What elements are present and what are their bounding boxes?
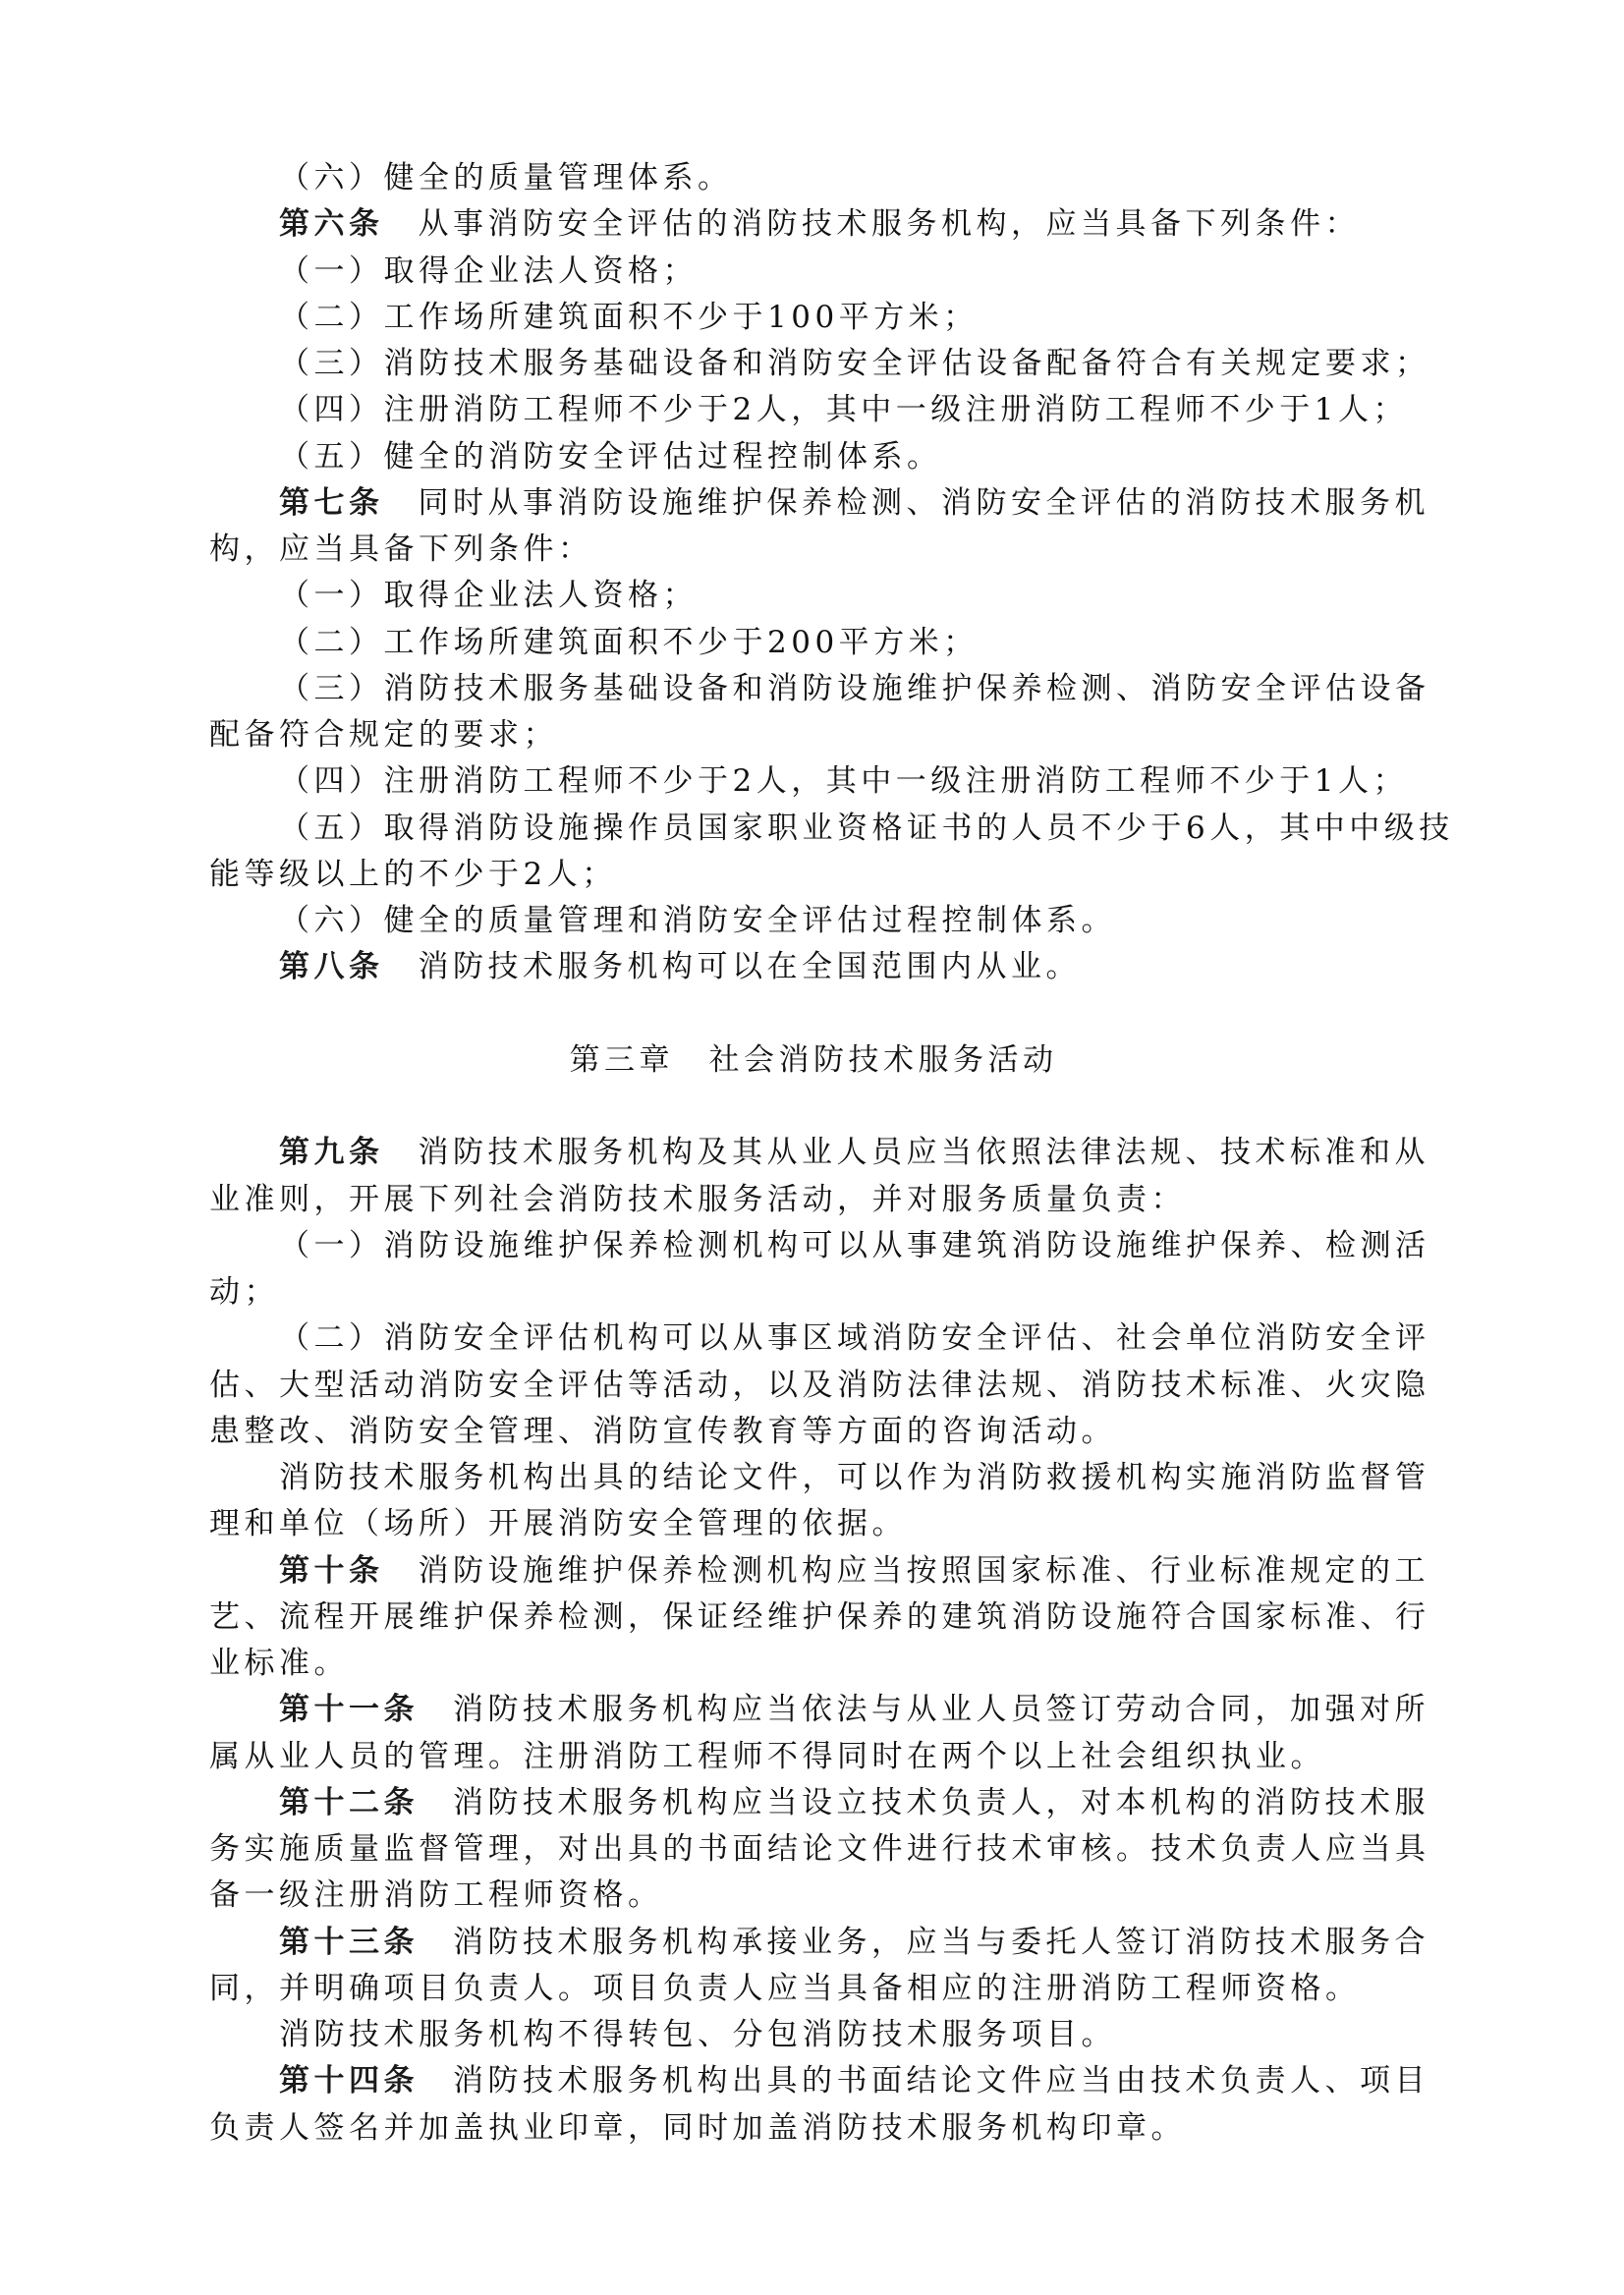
text-line: 备一级注册消防工程师资格。: [209, 1873, 1437, 1919]
article-label: 第九条: [279, 1135, 384, 1170]
article-label: 第七条: [279, 485, 384, 521]
text-line: 构，应当具备下列条件：: [209, 527, 1437, 573]
article-text: 消防技术服务机构可以在全国范围内从业。: [419, 949, 1082, 984]
article-text: 同时从事消防设施维护保养检测、消防安全评估的消防技术服务机: [419, 485, 1430, 521]
list-item: （六）健全的质量管理体系。: [209, 155, 1437, 201]
list-item: （二）工作场所建筑面积不少于100平方米；: [209, 295, 1437, 341]
list-item: （三）消防技术服务基础设备和消防安全评估设备配备符合有关规定要求；: [209, 341, 1437, 387]
spacer: [209, 991, 1437, 1037]
list-item: （二）消防安全评估机构可以从事区域消防安全评估、社会单位消防安全评: [209, 1315, 1437, 1362]
list-item: （一）消防设施维护保养检测机构可以从事建筑消防设施维护保养、检测活: [209, 1223, 1437, 1269]
list-item: （五）健全的消防安全评估过程控制体系。: [209, 434, 1437, 480]
article-9: 第九条消防技术服务机构及其从业人员应当依照法律法规、技术标准和从: [209, 1130, 1437, 1176]
chapter-heading: 第三章 社会消防技术服务活动: [209, 1037, 1437, 1084]
text-line: 艺、流程开展维护保养检测，保证经维护保养的建筑消防设施符合国家标准、行: [209, 1595, 1437, 1641]
text-line: 估、大型活动消防安全评估等活动，以及消防法律法规、消防技术标准、火灾隐: [209, 1363, 1437, 1409]
text-line: 务实施质量监督管理，对出具的书面结论文件进行技术审核。技术负责人应当具: [209, 1826, 1437, 1873]
document-page: （六）健全的质量管理体系。 第六条从事消防安全评估的消防技术服务机构，应当具备下…: [209, 155, 1437, 2152]
text-line: 业准则，开展下列社会消防技术服务活动，并对服务质量负责：: [209, 1177, 1437, 1223]
article-6: 第六条从事消防安全评估的消防技术服务机构，应当具备下列条件：: [209, 201, 1437, 248]
article-label: 第十一条: [279, 1692, 419, 1727]
list-item: （四）注册消防工程师不少于2人，其中一级注册消防工程师不少于1人；: [209, 758, 1437, 805]
list-item: （一）取得企业法人资格；: [209, 573, 1437, 619]
text-line: 理和单位（场所）开展消防安全管理的依据。: [209, 1501, 1437, 1547]
text-line: 患整改、消防安全管理、消防宣传教育等方面的咨询活动。: [209, 1409, 1437, 1455]
text-line: 负责人签名并加盖执业印章，同时加盖消防技术服务机构印章。: [209, 2105, 1437, 2152]
article-text: 消防技术服务机构承接业务，应当与委托人签订消防技术服务合: [453, 1925, 1429, 1960]
article-text: 消防技术服务机构出具的书面结论文件应当由技术负责人、项目: [453, 2063, 1429, 2099]
text-line: 业标准。: [209, 1641, 1437, 1687]
article-7: 第七条同时从事消防设施维护保养检测、消防安全评估的消防技术服务机: [209, 480, 1437, 527]
article-label: 第十条: [279, 1553, 384, 1589]
article-label: 第六条: [279, 206, 384, 242]
text-line: 配备符合规定的要求；: [209, 712, 1437, 758]
article-text: 消防技术服务机构及其从业人员应当依照法律法规、技术标准和从: [419, 1135, 1430, 1170]
article-text: 消防设施维护保养检测机构应当按照国家标准、行业标准规定的工: [419, 1553, 1430, 1589]
text-line: 能等级以上的不少于2人；: [209, 852, 1437, 898]
article-text: 从事消防安全评估的消防技术服务机构，应当具备下列条件：: [419, 206, 1361, 242]
article-label: 第十四条: [279, 2063, 419, 2099]
article-14: 第十四条消防技术服务机构出具的书面结论文件应当由技术负责人、项目: [209, 2058, 1437, 2104]
list-item: （四）注册消防工程师不少于2人，其中一级注册消防工程师不少于1人；: [209, 387, 1437, 433]
article-text: 消防技术服务机构应当依法与从业人员签订劳动合同，加强对所: [453, 1692, 1429, 1727]
text-line: 动；: [209, 1269, 1437, 1315]
paragraph-line: 消防技术服务机构出具的结论文件，可以作为消防救援机构实施消防监督管: [209, 1455, 1437, 1501]
paragraph-line: 消防技术服务机构不得转包、分包消防技术服务项目。: [209, 2012, 1437, 2058]
article-text: 消防技术服务机构应当设立技术负责人，对本机构的消防技术服: [453, 1785, 1429, 1820]
article-10: 第十条消防设施维护保养检测机构应当按照国家标准、行业标准规定的工: [209, 1548, 1437, 1595]
spacer: [209, 1084, 1437, 1130]
text-line: 同，并明确项目负责人。项目负责人应当具备相应的注册消防工程师资格。: [209, 1966, 1437, 2012]
article-label: 第十三条: [279, 1925, 419, 1960]
article-11: 第十一条消防技术服务机构应当依法与从业人员签订劳动合同，加强对所: [209, 1687, 1437, 1733]
text-line: 属从业人员的管理。注册消防工程师不得同时在两个以上社会组织执业。: [209, 1734, 1437, 1780]
article-label: 第十二条: [279, 1785, 419, 1820]
list-item: （二）工作场所建筑面积不少于200平方米；: [209, 620, 1437, 666]
article-8: 第八条消防技术服务机构可以在全国范围内从业。: [209, 944, 1437, 990]
article-label: 第八条: [279, 949, 384, 984]
list-item: （六）健全的质量管理和消防安全评估过程控制体系。: [209, 898, 1437, 944]
article-12: 第十二条消防技术服务机构应当设立技术负责人，对本机构的消防技术服: [209, 1780, 1437, 1826]
list-item: （五）取得消防设施操作员国家职业资格证书的人员不少于6人，其中中级技: [209, 806, 1437, 852]
list-item: （三）消防技术服务基础设备和消防设施维护保养检测、消防安全评估设备: [209, 666, 1437, 712]
list-item: （一）取得企业法人资格；: [209, 249, 1437, 295]
article-13: 第十三条消防技术服务机构承接业务，应当与委托人签订消防技术服务合: [209, 1920, 1437, 1966]
